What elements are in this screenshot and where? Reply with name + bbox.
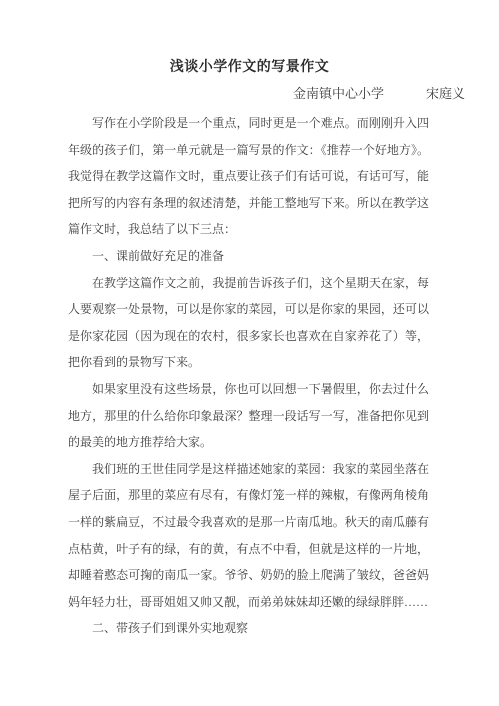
paragraph: 如果家里没有这些场景，你也可以回想一下暑假里，你去过什么地方，那里的什么给你印象… — [68, 376, 429, 456]
document-page: 浅谈小学作文的写景作文 金南镇中心小学宋庭义 写作在小学阶段是一个重点，同时更是… — [0, 0, 499, 706]
byline-author: 宋庭义 — [426, 86, 465, 101]
document-title: 浅谈小学作文的写景作文 — [0, 56, 499, 80]
byline: 金南镇中心小学宋庭义 — [0, 82, 499, 106]
paragraph: 写作在小学阶段是一个重点，同时更是一个难点。而刚刚升入四年级的孩子们，第一单元就… — [68, 110, 429, 243]
section-heading: 二、带孩子们到课外实地观察 — [68, 615, 429, 642]
section-heading: 一、课前做好充足的准备 — [68, 243, 429, 270]
byline-school: 金南镇中心小学 — [293, 86, 384, 101]
document-body: 写作在小学阶段是一个重点，同时更是一个难点。而刚刚升入四年级的孩子们，第一单元就… — [68, 110, 429, 642]
paragraph: 我们班的王世佳同学是这样描述她家的菜园：我家的菜园坐落在屋子后面，那里的菜应有尽… — [68, 456, 429, 616]
paragraph: 在教学这篇作文之前，我提前告诉孩子们，这个星期天在家，每人要观察一处景物，可以是… — [68, 270, 429, 376]
